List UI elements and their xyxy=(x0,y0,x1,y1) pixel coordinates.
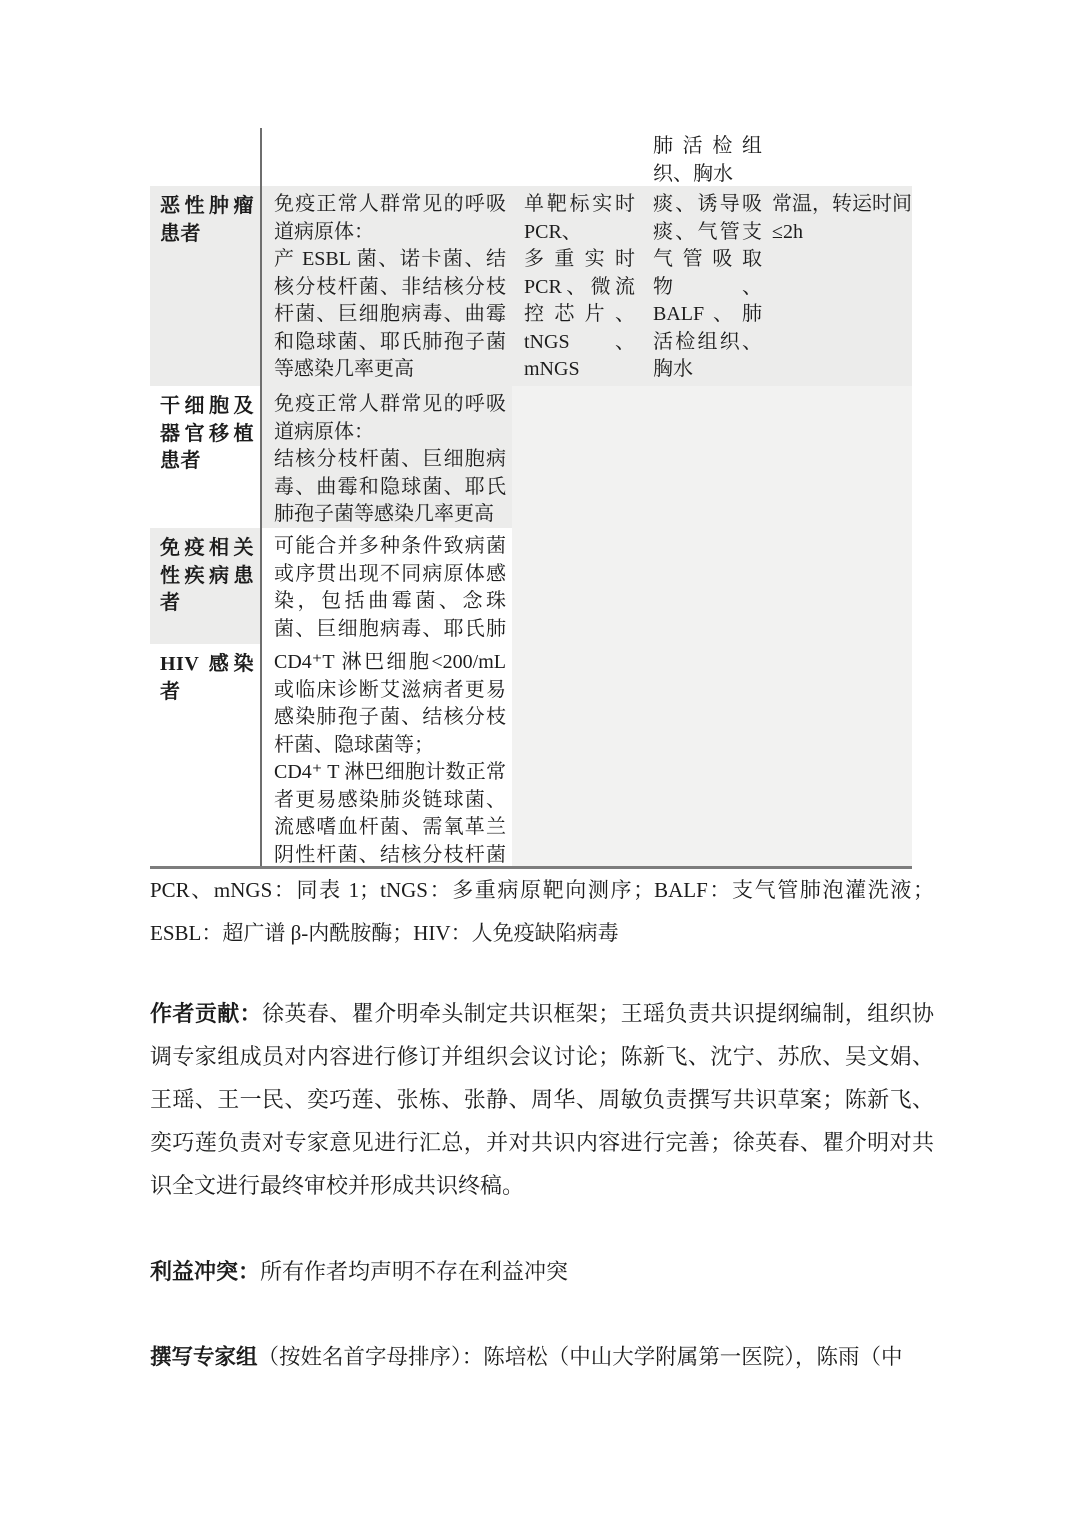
specimens-cell xyxy=(649,386,766,528)
transport-cell xyxy=(766,386,912,528)
document-page: 肺活检组织、胸水 恶性肿瘤患者 免疫正常人群常见的呼吸道病原体： 产 ESBL … xyxy=(0,0,1080,1527)
pathogens-cell xyxy=(260,128,512,186)
table-footnote: PCR、mNGS：同表 1；tNGS：多重病原靶向测序；BALF：支气管肺泡灌洗… xyxy=(150,869,934,955)
patient-type-text: 干细胞及器官移植患者 xyxy=(160,393,254,476)
section-text: （按姓名首字母排序）：陈培松（中山大学附属第一医院），陈雨（中 xyxy=(258,1345,903,1369)
patient-type-cell: 免疫相关性疾病患者 xyxy=(150,528,260,644)
transport-cell xyxy=(766,528,912,644)
specimens-cell xyxy=(649,528,766,644)
section-text: 徐英春、瞿介明牵头制定共识框架；王瑶负责共识提纲编制，组织协调专家组成员对内容进… xyxy=(150,1001,934,1198)
pathogens-cell: 可能合并多种条件致病菌或序贯出现不同病原体感染，包括曲霉菌、念珠菌、巨细胞病毒、… xyxy=(260,528,512,644)
table-row: 恶性肿瘤患者 免疫正常人群常见的呼吸道病原体： 产 ESBL 菌、诺卡菌、结核分… xyxy=(150,186,912,386)
pathogens-text: 产 ESBL 菌、诺卡菌、结核分枝杆菌、非结核分枝杆菌、巨细胞病毒、曲霉和隐球菌… xyxy=(274,246,506,384)
pathogens-cell: 免疫正常人群常见的呼吸道病原体： 产 ESBL 菌、诺卡菌、结核分枝杆菌、非结核… xyxy=(260,186,512,386)
section-label: 利益冲突： xyxy=(150,1259,260,1284)
methods-cell xyxy=(512,644,649,866)
patient-type-text: HIV 感染者 xyxy=(160,651,254,706)
pathogens-text: CD4⁺T 淋巴细胞<200/mL 或临床诊断艾滋病者更易感染肺孢子菌、结核分枝… xyxy=(274,649,506,759)
methods-cell xyxy=(512,528,649,644)
patient-type-text: 免疫相关性疾病患者 xyxy=(160,535,254,618)
specimens-cell: 肺活检组织、胸水 xyxy=(649,128,766,186)
specimens-cell: 痰、诱导吸痰、气管支气管吸取物、BALF、肺活检组织、胸水 xyxy=(649,186,766,386)
specimens-text: 肺活检组织、胸水 xyxy=(653,133,762,186)
transport-cell xyxy=(766,128,912,186)
pathogen-table: 肺活检组织、胸水 恶性肿瘤患者 免疫正常人群常见的呼吸道病原体： 产 ESBL … xyxy=(150,128,912,869)
transport-text: 常温，转运时间≤2h xyxy=(772,191,912,246)
methods-text: 多重实时PCR、微流控芯片、tNGS 、mNGS xyxy=(524,246,635,384)
section-label: 撰写专家组 xyxy=(150,1345,258,1369)
section-label: 作者贡献： xyxy=(150,1001,262,1026)
table-row: 干细胞及器官移植患者 免疫正常人群常见的呼吸道病原体： 结核分枝杆菌、巨细胞病毒… xyxy=(150,386,912,528)
pathogens-text: 免疫正常人群常见的呼吸道病原体： xyxy=(274,391,506,446)
methods-cell: 单靶标实时PCR、 多重实时PCR、微流控芯片、tNGS 、mNGS xyxy=(512,186,649,386)
transport-cell xyxy=(766,644,912,866)
pathogens-text: 免疫正常人群常见的呼吸道病原体： xyxy=(274,191,506,246)
methods-cell xyxy=(512,128,649,186)
pathogens-cell: CD4⁺T 淋巴细胞<200/mL 或临床诊断艾滋病者更易感染肺孢子菌、结核分枝… xyxy=(260,644,512,866)
table-row-carryover: 肺活检组织、胸水 xyxy=(150,128,912,186)
methods-cell xyxy=(512,386,649,528)
pathogens-text: CD4⁺ T 淋巴细胞计数正常者更易感染肺炎链球菌、流感嗜血杆菌、需氧革兰阴性杆… xyxy=(274,759,506,866)
patient-type-cell: 干细胞及器官移植患者 xyxy=(150,386,260,528)
transport-cell: 常温，转运时间≤2h xyxy=(766,186,912,386)
pathogens-text: 结核分枝杆菌、巨细胞病毒、曲霉和隐球菌、耶氏肺孢子菌等感染几率更高 xyxy=(274,446,506,528)
table-row: 免疫相关性疾病患者 可能合并多种条件致病菌或序贯出现不同病原体感染，包括曲霉菌、… xyxy=(150,528,912,644)
table-row: HIV 感染者 CD4⁺T 淋巴细胞<200/mL 或临床诊断艾滋病者更易感染肺… xyxy=(150,644,912,866)
specimens-cell xyxy=(649,644,766,866)
pathogens-cell: 免疫正常人群常见的呼吸道病原体： 结核分枝杆菌、巨细胞病毒、曲霉和隐球菌、耶氏肺… xyxy=(260,386,512,528)
methods-text: 单靶标实时PCR、 xyxy=(524,191,635,246)
specimens-text: 痰、诱导吸痰、气管支气管吸取物、BALF、肺活检组织、胸水 xyxy=(653,191,762,384)
pathogens-text: 可能合并多种条件致病菌或序贯出现不同病原体感染，包括曲霉菌、念珠菌、巨细胞病毒、… xyxy=(274,533,506,644)
footnote-text: PCR、mNGS：同表 1；tNGS：多重病原靶向测序；BALF：支气管肺泡灌洗… xyxy=(150,878,934,945)
conflict-of-interest-paragraph: 利益冲突：所有作者均声明不存在利益冲突 xyxy=(150,1250,934,1293)
patient-type-text: 恶性肿瘤患者 xyxy=(160,193,254,248)
patient-type-cell xyxy=(150,128,260,186)
author-contribution-paragraph: 作者贡献：徐英春、瞿介明牵头制定共识框架；王瑶负责共识提纲编制，组织协调专家组成… xyxy=(150,992,934,1207)
patient-type-cell: 恶性肿瘤患者 xyxy=(150,186,260,386)
section-text: 所有作者均声明不存在利益冲突 xyxy=(260,1259,568,1284)
writing-expert-group-paragraph: 撰写专家组（按姓名首字母排序）：陈培松（中山大学附属第一医院），陈雨（中 xyxy=(150,1336,934,1379)
patient-type-cell: HIV 感染者 xyxy=(150,644,260,866)
